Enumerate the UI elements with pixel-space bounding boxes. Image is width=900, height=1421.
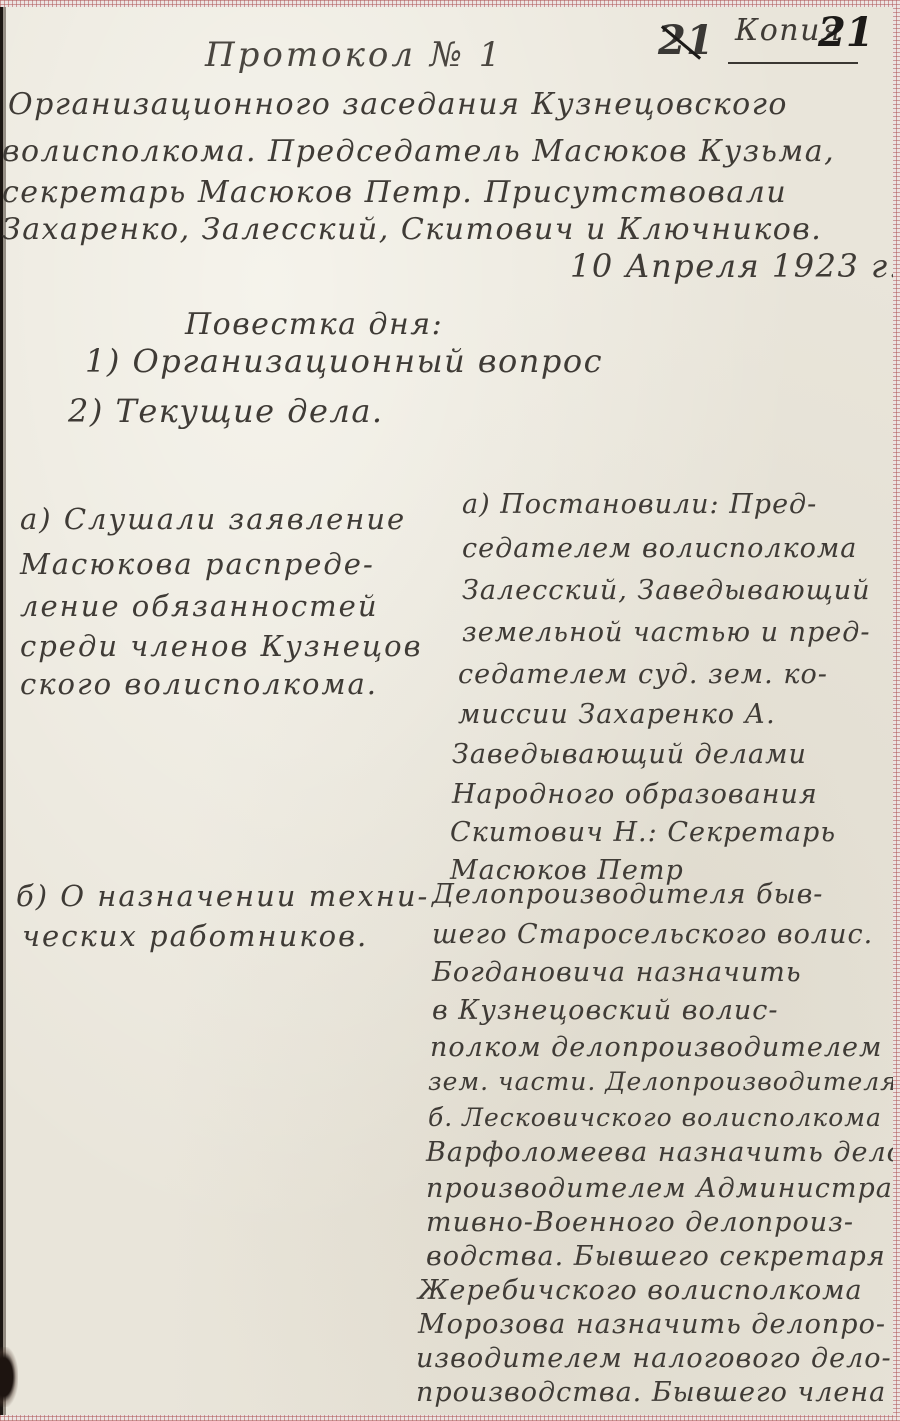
agenda-item-2: 2) Текущие дела.: [68, 392, 384, 430]
agenda-item-1: 1) Организационный вопрос: [85, 342, 603, 380]
agenda-heading: Повестка дня:: [185, 307, 443, 342]
resolved-b-line-10: тивно-Военного делопроиз-: [426, 1207, 854, 1238]
resolved-a-line-9: Скитович Н.: Секретарь: [450, 817, 836, 848]
document-title: Протокол № 1: [205, 35, 503, 75]
heard-a-line-5: ского волисполкома.: [20, 667, 378, 701]
resolved-b-line-5: полком делопроизводителем: [430, 1032, 882, 1063]
resolved-a-line-2: седателем волисполкома: [462, 533, 857, 564]
heard-a-line-1: а) Слушали заявление: [20, 502, 406, 536]
heard-b-line-1: б) О назначении техни-: [16, 879, 429, 913]
resolved-b-line-11: водства. Бывшего секретаря: [426, 1241, 886, 1272]
resolved-b-line-12: Жеребичского волисполкома: [418, 1275, 863, 1306]
resolved-a-line-3: Залесский, Заведывающий: [462, 575, 871, 606]
resolved-b-line-7: б. Лесковичского волисполкома: [428, 1103, 882, 1132]
resolved-b-line-1: Делопроизводителя быв-: [432, 879, 823, 910]
resolved-a-line-1: а) Постановили: Пред-: [462, 489, 817, 520]
heard-a-line-2: Масюкова распреде-: [20, 547, 375, 581]
sheet-number-struck: 21: [658, 17, 714, 64]
resolved-b-line-2: шего Старосельского волис.: [432, 919, 873, 950]
resolved-b-line-4: в Кузнецовский волис-: [432, 995, 779, 1026]
header-line-3: секретарь Масюков Петр. Присутствовали: [2, 175, 787, 210]
resolved-b-line-14: изводителем налогового дело-: [416, 1343, 892, 1374]
header-line-2: волисполкома. Председатель Масюков Кузьм…: [2, 134, 835, 169]
header-line-1: Организационного заседания Кузнецовского: [8, 87, 788, 122]
resolved-b-line-13: Морозова назначить делопро-: [418, 1309, 886, 1340]
resolved-b-line-15: производства. Бывшего члена: [416, 1377, 886, 1408]
paper-damage: [0, 1347, 18, 1407]
resolved-b-line-3: Богдановича назначить: [432, 957, 802, 988]
resolved-b-line-8: Варфоломеева назначить дело-: [426, 1137, 893, 1168]
sheet-number: 21: [818, 9, 874, 56]
document-page: Протокол № 1 21 Копия 21 Организационног…: [0, 7, 893, 1415]
resolved-a-line-5: седателем суд. зем. ко-: [458, 659, 828, 690]
header-line-4: Захаренко, Залесский, Скитович и Ключник…: [2, 212, 822, 247]
resolved-b-line-9: производителем Администра-: [426, 1173, 893, 1204]
document-date: 10 Апреля 1923 г.: [570, 247, 893, 285]
copy-underline: [728, 62, 858, 64]
heard-a-line-3: ление обязанностей: [20, 589, 379, 623]
heard-a-line-4: среди членов Кузнецов: [20, 629, 423, 663]
resolved-b-line-6: зем. части. Делопроизводителя: [428, 1067, 893, 1096]
heard-b-line-2: ческих работников.: [22, 919, 368, 953]
resolved-a-line-7: Заведывающий делами: [452, 739, 807, 770]
resolved-a-line-4: земельной частью и пред-: [462, 617, 871, 648]
resolved-a-line-8: Народного образования: [452, 779, 818, 810]
resolved-a-line-6: миссии Захаренко А.: [458, 699, 776, 730]
